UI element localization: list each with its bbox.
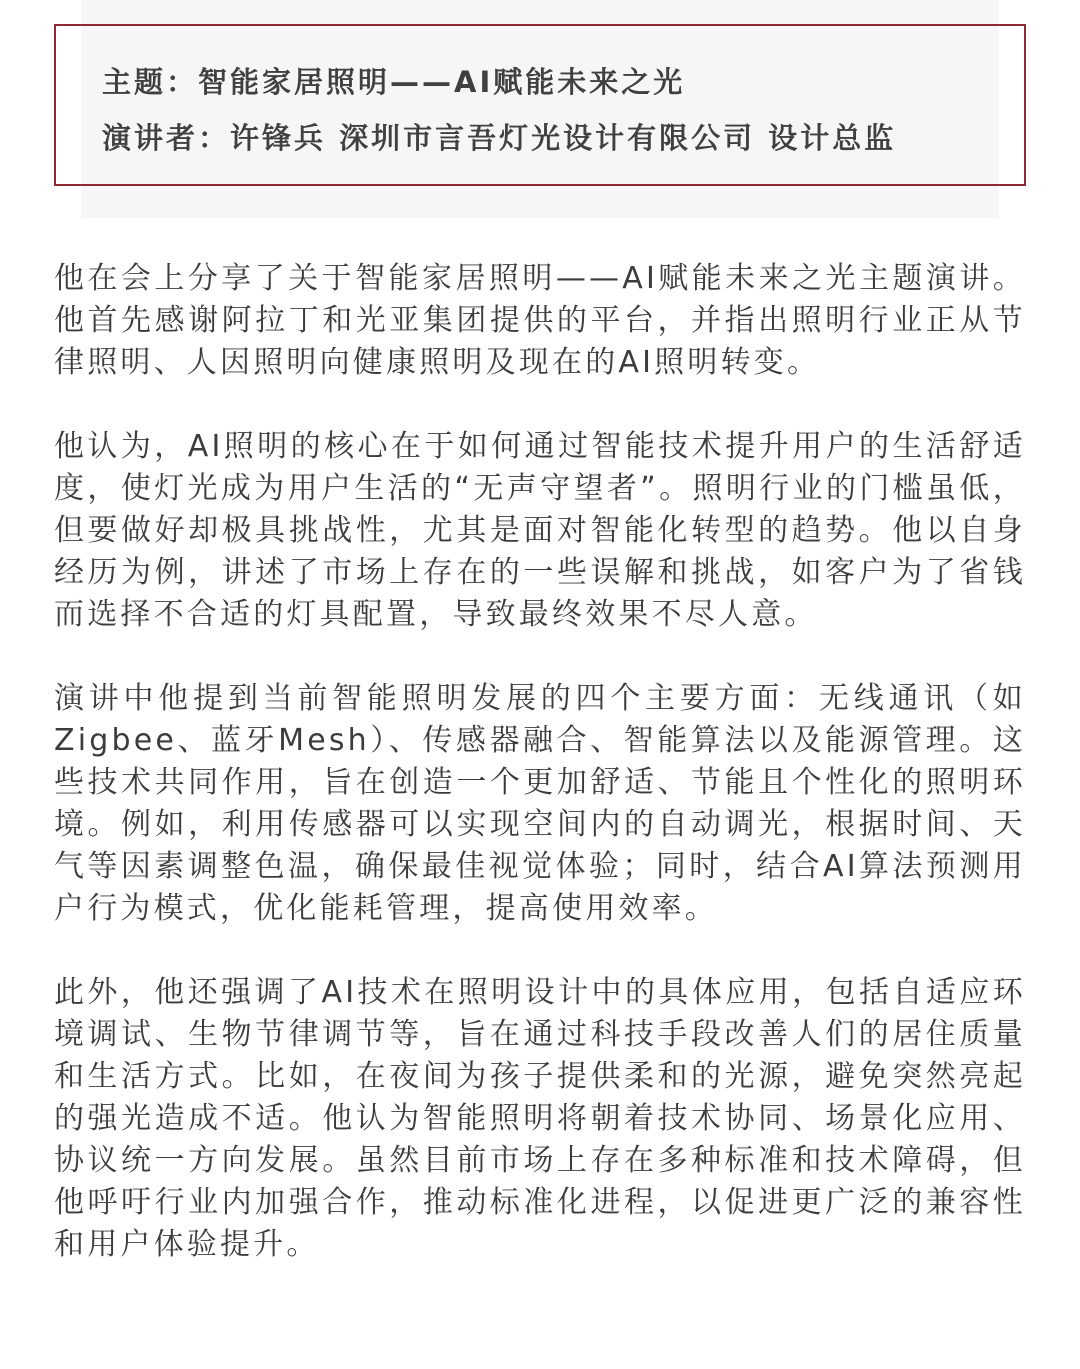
topic-text: 智能家居照明——AI赋能未来之光 <box>198 65 685 99</box>
speaker-text: 许锋兵 深圳市言吾灯光设计有限公司 设计总监 <box>230 121 896 155</box>
topic-line: 主题：智能家居照明——AI赋能未来之光 <box>102 60 685 101</box>
speaker-line: 演讲者：许锋兵 深圳市言吾灯光设计有限公司 设计总监 <box>102 116 896 157</box>
topic-label: 主题： <box>102 65 198 99</box>
speaker-label: 演讲者： <box>102 121 230 155</box>
paragraph-2: 他认为，AI照明的核心在于如何通过智能技术提升用户的生活舒适度，使灯光成为用户生… <box>54 426 1026 636</box>
paragraph-4: 此外，他还强调了AI技术在照明设计中的具体应用，包括自适应环境调试、生物节律调节… <box>54 972 1026 1266</box>
paragraph-1: 他在会上分享了关于智能家居照明——AI赋能未来之光主题演讲。他首先感谢阿拉丁和光… <box>54 258 1026 384</box>
title-box: 主题：智能家居照明——AI赋能未来之光 演讲者：许锋兵 深圳市言吾灯光设计有限公… <box>54 24 1026 186</box>
paragraph-3: 演讲中他提到当前智能照明发展的四个主要方面：无线通讯（如Zigbee、蓝牙Mes… <box>54 678 1026 930</box>
article-body: 他在会上分享了关于智能家居照明——AI赋能未来之光主题演讲。他首先感谢阿拉丁和光… <box>54 258 1026 1308</box>
